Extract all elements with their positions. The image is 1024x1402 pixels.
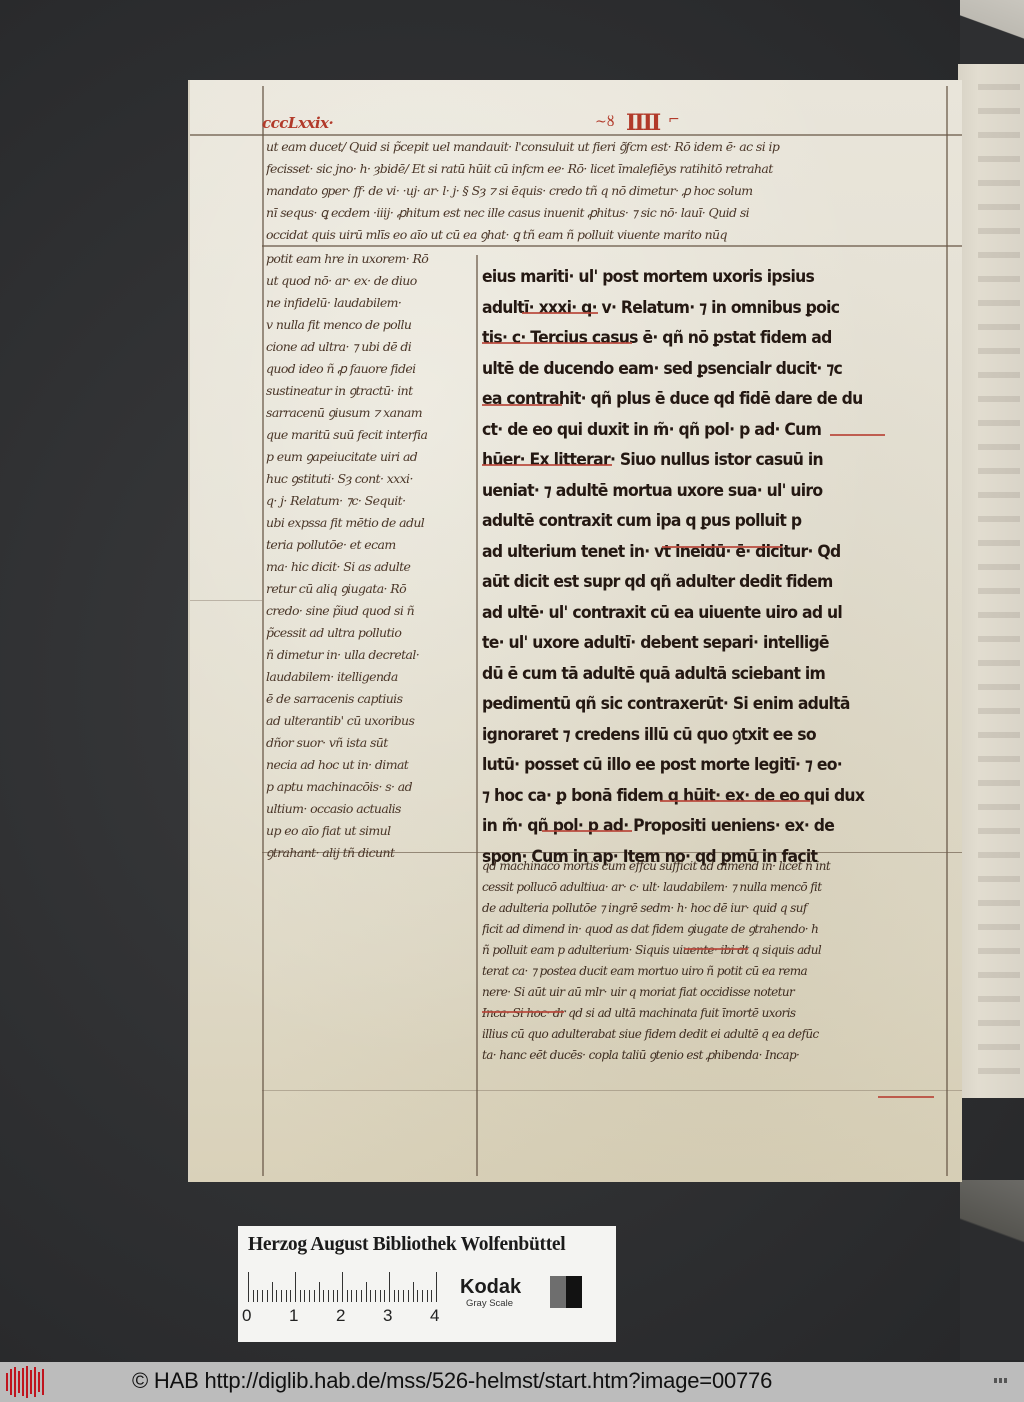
- rubric-underline: [482, 342, 632, 344]
- image-viewer: cccLxxix· ~ȣ IIII ⌐ ut eam ducet/ Quid s…: [0, 0, 1024, 1362]
- rubric-underline: [878, 1096, 934, 1098]
- rubric-underline: [542, 830, 632, 832]
- black-patch: [566, 1276, 582, 1308]
- gray-scale-patches: [550, 1276, 582, 1308]
- left-gloss-column: potit eam hre in uxorem· Rō ut quod nō· …: [266, 248, 474, 864]
- ruling-left: [262, 86, 264, 1176]
- flourish-icon: ⌐: [668, 112, 680, 128]
- quire-mark: IIII: [626, 110, 659, 136]
- flourish-icon: ~ȣ: [595, 114, 614, 130]
- rubric-underline: [684, 948, 748, 950]
- page-navigation-icon[interactable]: [994, 1378, 1007, 1383]
- rubric-underline: [522, 312, 598, 314]
- facing-page-corner: [960, 0, 1024, 72]
- rubric-underline: [830, 434, 885, 436]
- rubric-underline: [482, 1011, 564, 1013]
- ruler-labels: 0 1 2 3 4: [242, 1306, 452, 1328]
- rubric-underline: [482, 464, 612, 466]
- rubric-underline: [660, 800, 810, 802]
- lower-gloss: qd machinacō mortis cum effcū sufficit a…: [482, 856, 946, 1066]
- upper-gloss: ut eam ducet/ Quid si p̃cepit uel mandau…: [266, 136, 956, 246]
- hab-logo-icon[interactable]: [6, 1366, 44, 1398]
- main-text-column: eius mariti· ul' post mortem uxoris ipsi…: [482, 262, 902, 872]
- ruler-scale: [248, 1268, 444, 1302]
- facing-page-edge: [958, 64, 1024, 1098]
- ruling-column: [476, 255, 478, 1176]
- rubric-underline: [662, 546, 782, 548]
- facing-page-shadow: [960, 1180, 1024, 1360]
- library-name: Herzog August Bibliothek Wolfenbüttel: [248, 1234, 565, 1256]
- folio-number: cccLxxix·: [262, 114, 333, 132]
- rubric-underline: [482, 404, 562, 406]
- color-reference-card: Herzog August Bibliothek Wolfenbüttel: [238, 1226, 616, 1342]
- footer-bar: © HAB http://diglib.hab.de/mss/526-helms…: [0, 1362, 1024, 1402]
- copyright-link[interactable]: © HAB http://diglib.hab.de/mss/526-helms…: [132, 1368, 772, 1394]
- ruling-right: [946, 86, 948, 1176]
- manuscript-leaf: cccLxxix· ~ȣ IIII ⌐ ut eam ducet/ Quid s…: [190, 80, 962, 1182]
- kodak-brand: Kodak: [460, 1276, 521, 1299]
- gray-patch: [550, 1276, 566, 1308]
- gray-scale-label: Gray Scale: [466, 1298, 513, 1309]
